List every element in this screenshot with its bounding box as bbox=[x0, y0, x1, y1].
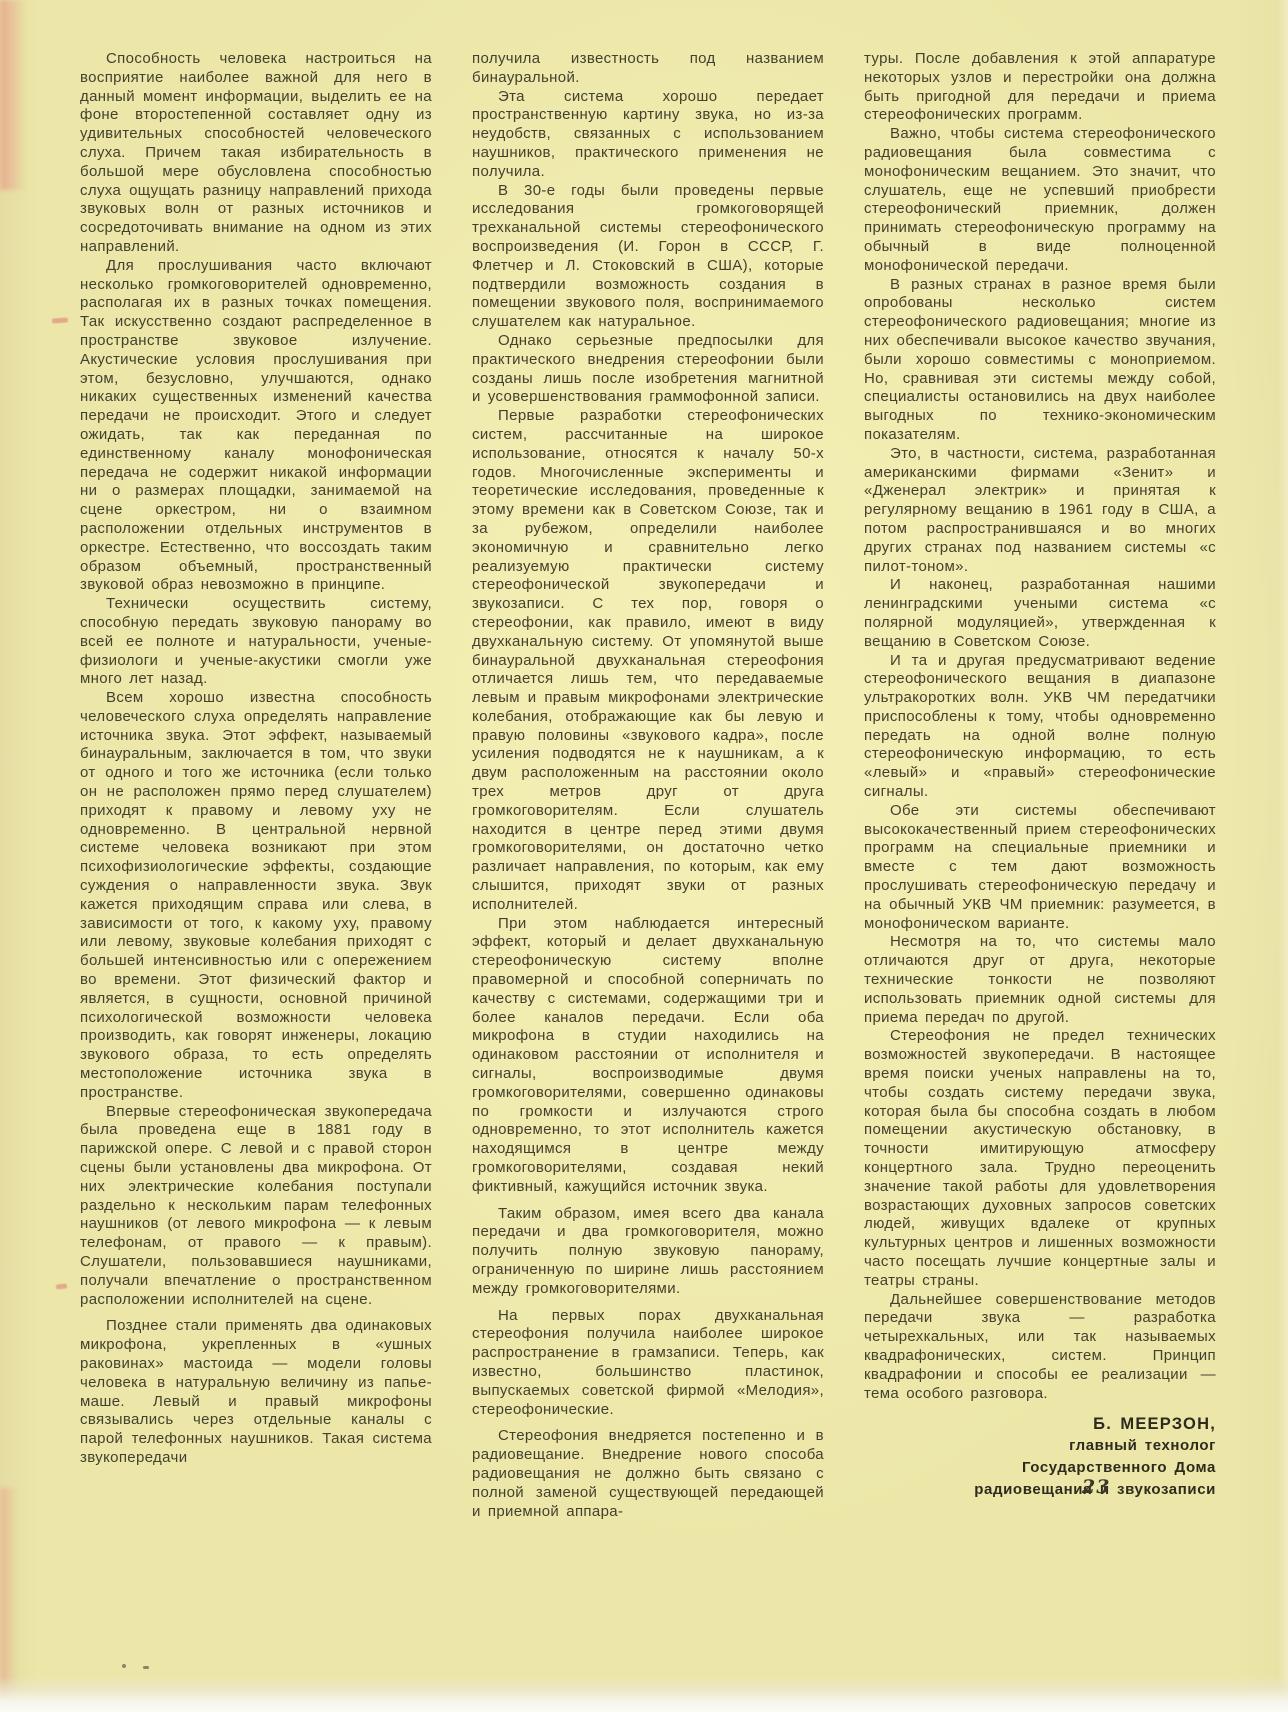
paragraph: В 30-е годы были проведены первые исслед… bbox=[472, 182, 824, 332]
paragraph: На первых порах двухканальная стереофони… bbox=[472, 1307, 824, 1420]
scan-mark bbox=[52, 317, 68, 323]
paragraph: И наконец, разработанная нашими ленингра… bbox=[864, 576, 1216, 651]
scan-speck bbox=[143, 1666, 149, 1669]
paragraph: И та и другая предусматривают ведение ст… bbox=[864, 652, 1216, 802]
author-title-line: главный технолог bbox=[864, 1435, 1216, 1457]
paragraph: Обе эти системы обеспечивают высококачес… bbox=[864, 802, 1216, 934]
paragraph: Позднее стали применять два одинаковых м… bbox=[80, 1317, 432, 1467]
paragraph: Способность человека настроиться на восп… bbox=[80, 50, 432, 257]
paragraph: Для прослушивания часто включают несколь… bbox=[80, 257, 432, 595]
paragraph: Дальнейшее совершенствование методов пер… bbox=[864, 1291, 1216, 1404]
scan-edge-top-left bbox=[0, 0, 26, 190]
scan-edge-bottom bbox=[0, 1676, 1288, 1712]
paragraph: Первые разработки стереофонических систе… bbox=[472, 407, 824, 915]
text-column-2: получила известность под названием бинау… bbox=[472, 50, 824, 1521]
paragraph: При этом наблюдается интересный эффект, … bbox=[472, 915, 824, 1197]
scan-edge-bottom-left bbox=[0, 1488, 18, 1698]
paragraph: Всем хорошо известна способность человеч… bbox=[80, 689, 432, 1103]
scan-speck bbox=[122, 1664, 126, 1668]
paragraph: Таким образом, имея всего два канала пер… bbox=[472, 1205, 824, 1299]
scan-mark bbox=[56, 1283, 67, 1289]
paragraph: Однако серьезные предпосылки для практич… bbox=[472, 332, 824, 407]
paragraph: Несмотря на то, что системы мало отличаю… bbox=[864, 933, 1216, 1027]
paragraph: Стереофония не предел технических возмож… bbox=[864, 1027, 1216, 1290]
paragraph: В разных странах в разное время были опр… bbox=[864, 276, 1216, 445]
magazine-page: Способность человека настроиться на восп… bbox=[0, 0, 1288, 1712]
page-number: 23 bbox=[1082, 1476, 1110, 1498]
paragraph: Важно, чтобы система стереофонического р… bbox=[864, 125, 1216, 275]
paragraph: туры. После добавления к этой аппаратуре… bbox=[864, 50, 1216, 125]
article-columns: Способность человека настроиться на восп… bbox=[80, 50, 1216, 1521]
paragraph: Технически осуществить систему, способну… bbox=[80, 595, 432, 689]
paragraph: получила известность под названием бинау… bbox=[472, 50, 824, 88]
author-title-line: радиовещания и звукозаписи bbox=[864, 1479, 1216, 1501]
paragraph: Впервые стереофоническая звукопередача б… bbox=[80, 1103, 432, 1310]
author-name: Б. МЕЕРЗОН, bbox=[864, 1413, 1216, 1435]
text-column-1: Способность человека настроиться на восп… bbox=[80, 50, 432, 1468]
text-column-3: туры. После добавления к этой аппаратуре… bbox=[864, 50, 1216, 1501]
author-signature: Б. МЕЕРЗОН,главный технологГосударственн… bbox=[864, 1413, 1216, 1501]
paragraph: Это, в частности, система, разработанная… bbox=[864, 445, 1216, 577]
paragraph: Эта система хорошо передает пространстве… bbox=[472, 88, 824, 182]
scan-edge-right bbox=[1278, 0, 1288, 1712]
paragraph: Стереофония внедряется постепенно и в ра… bbox=[472, 1427, 824, 1521]
author-title-line: Государственного Дома bbox=[864, 1457, 1216, 1479]
